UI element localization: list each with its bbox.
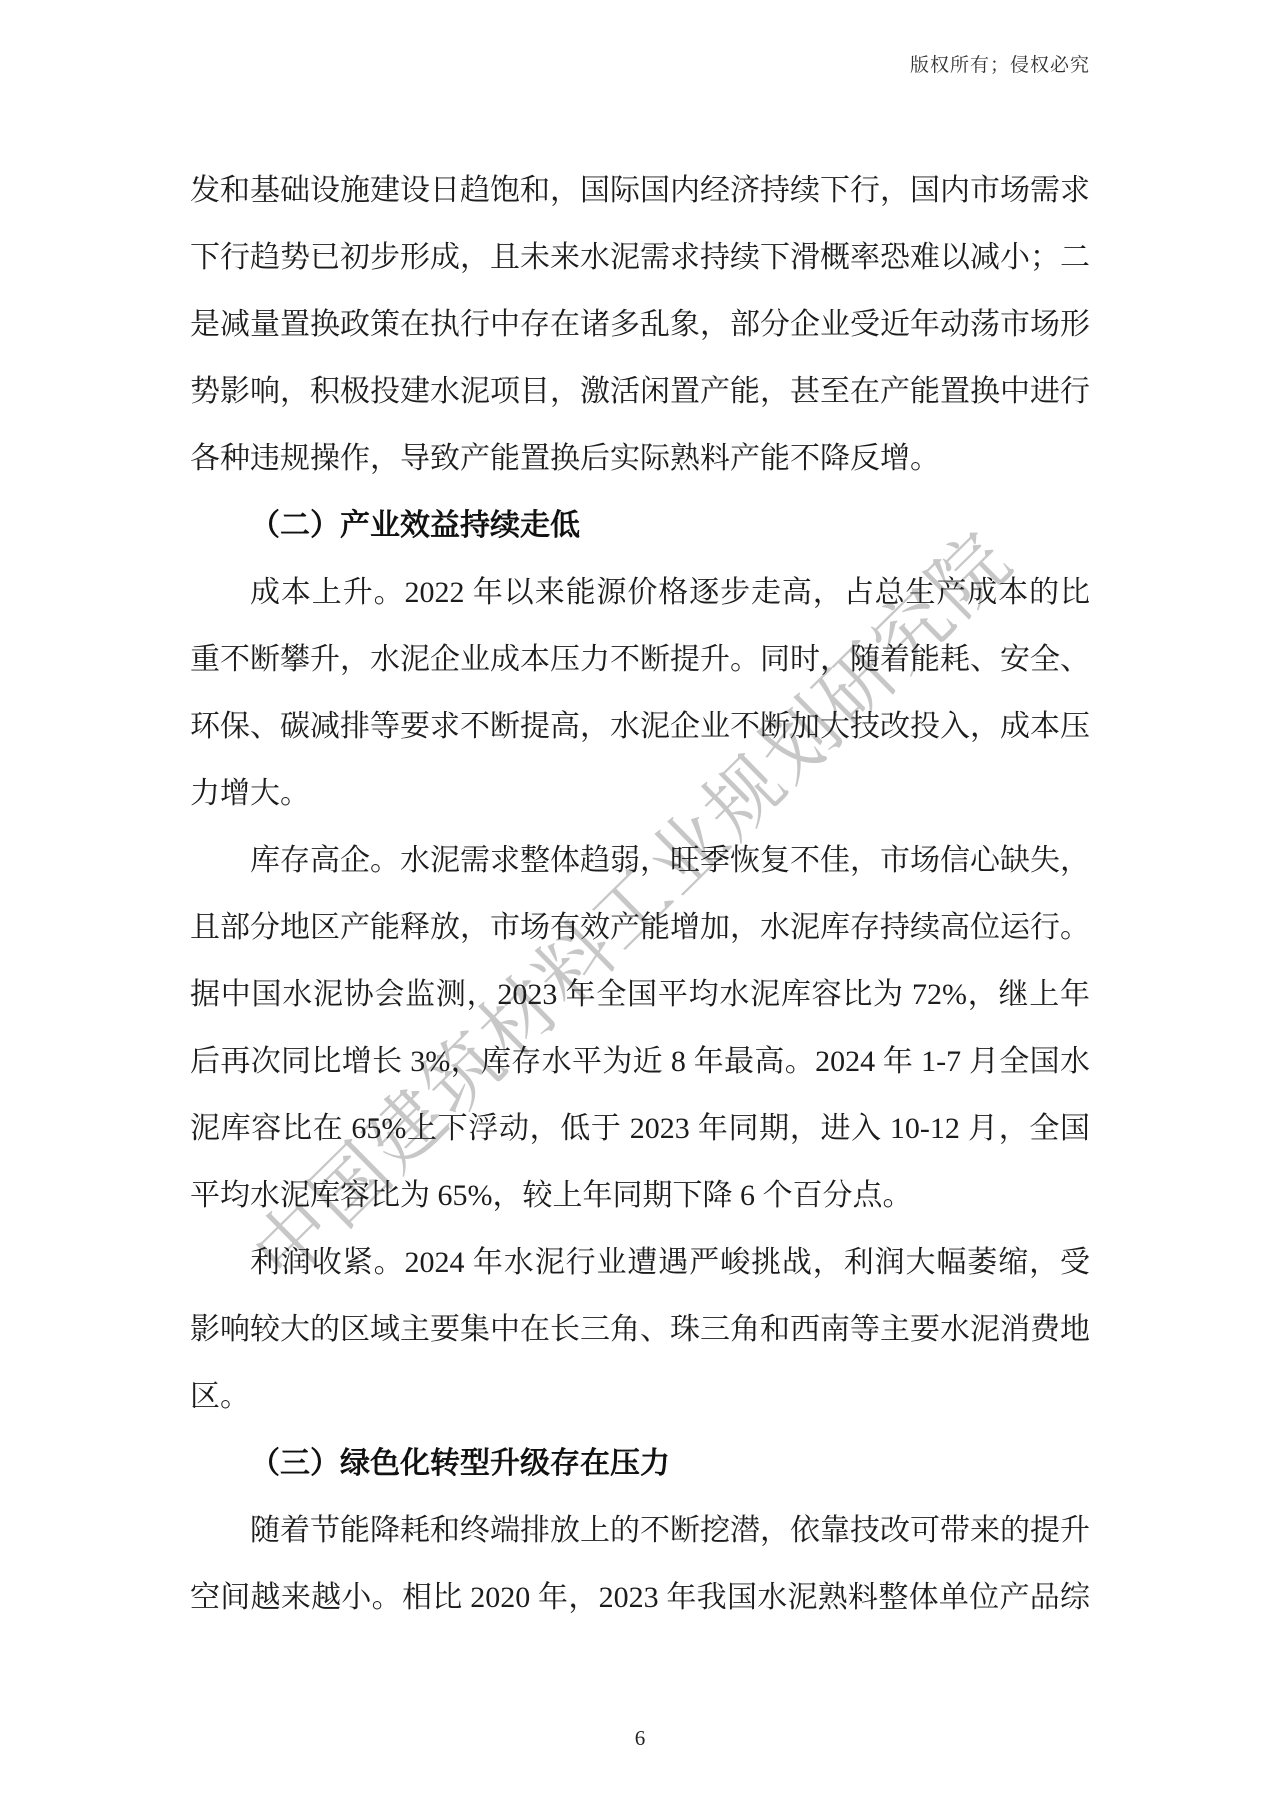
text-line: 空间越来越小。相比 2020 年，2023 年我国水泥熟料整体单位产品综 (190, 1564, 1090, 1631)
text-line: 各种违规操作，导致产能置换后实际熟料产能不降反增。 (190, 425, 1090, 492)
text-line: 库存高企。水泥需求整体趋弱，旺季恢复不佳，市场信心缺失， (190, 827, 1090, 894)
text-line: 影响较大的区域主要集中在长三角、珠三角和西南等主要水泥消费地 (190, 1296, 1090, 1363)
text-line: 发和基础设施建设日趋饱和，国际国内经济持续下行，国内市场需求 (190, 157, 1090, 224)
text-line: 后再次同比增长 3%，库存水平为近 8 年最高。2024 年 1-7 月全国水 (190, 1028, 1090, 1095)
text-line: 区。 (190, 1363, 1090, 1430)
text-line: 力增大。 (190, 760, 1090, 827)
text-line: 利润收紧。2024 年水泥行业遭遇严峻挑战，利润大幅萎缩，受 (190, 1229, 1090, 1296)
document-body: 发和基础设施建设日趋饱和，国际国内经济持续下行，国内市场需求下行趋势已初步形成，… (190, 157, 1090, 1631)
section-heading: （三）绿色化转型升级存在压力 (190, 1430, 1090, 1497)
page-number: 6 (0, 1726, 1280, 1751)
text-line: 下行趋势已初步形成，且未来水泥需求持续下滑概率恐难以减小；二 (190, 224, 1090, 291)
text-line: 据中国水泥协会监测，2023 年全国平均水泥库容比为 72%，继上年 (190, 961, 1090, 1028)
text-line: 泥库容比在 65%上下浮动，低于 2023 年同期，进入 10-12 月，全国 (190, 1095, 1090, 1162)
document-page: 中国建筑材料工业规划研究院 版权所有；侵权必究 发和基础设施建设日趋饱和，国际国… (0, 0, 1280, 1810)
text-line: 环保、碳减排等要求不断提高，水泥企业不断加大技改投入，成本压 (190, 693, 1090, 760)
text-line: 重不断攀升，水泥企业成本压力不断提升。同时，随着能耗、安全、 (190, 626, 1090, 693)
text-line: 成本上升。2022 年以来能源价格逐步走高，占总生产成本的比 (190, 559, 1090, 626)
copyright-notice: 版权所有；侵权必究 (910, 50, 1090, 77)
text-line: 且部分地区产能释放，市场有效产能增加，水泥库存持续高位运行。 (190, 894, 1090, 961)
text-line: 随着节能降耗和终端排放上的不断挖潜，依靠技改可带来的提升 (190, 1497, 1090, 1564)
section-heading: （二）产业效益持续走低 (190, 492, 1090, 559)
text-line: 势影响，积极投建水泥项目，激活闲置产能，甚至在产能置换中进行 (190, 358, 1090, 425)
text-line: 平均水泥库容比为 65%，较上年同期下降 6 个百分点。 (190, 1162, 1090, 1229)
text-line: 是减量置换政策在执行中存在诸多乱象，部分企业受近年动荡市场形 (190, 291, 1090, 358)
